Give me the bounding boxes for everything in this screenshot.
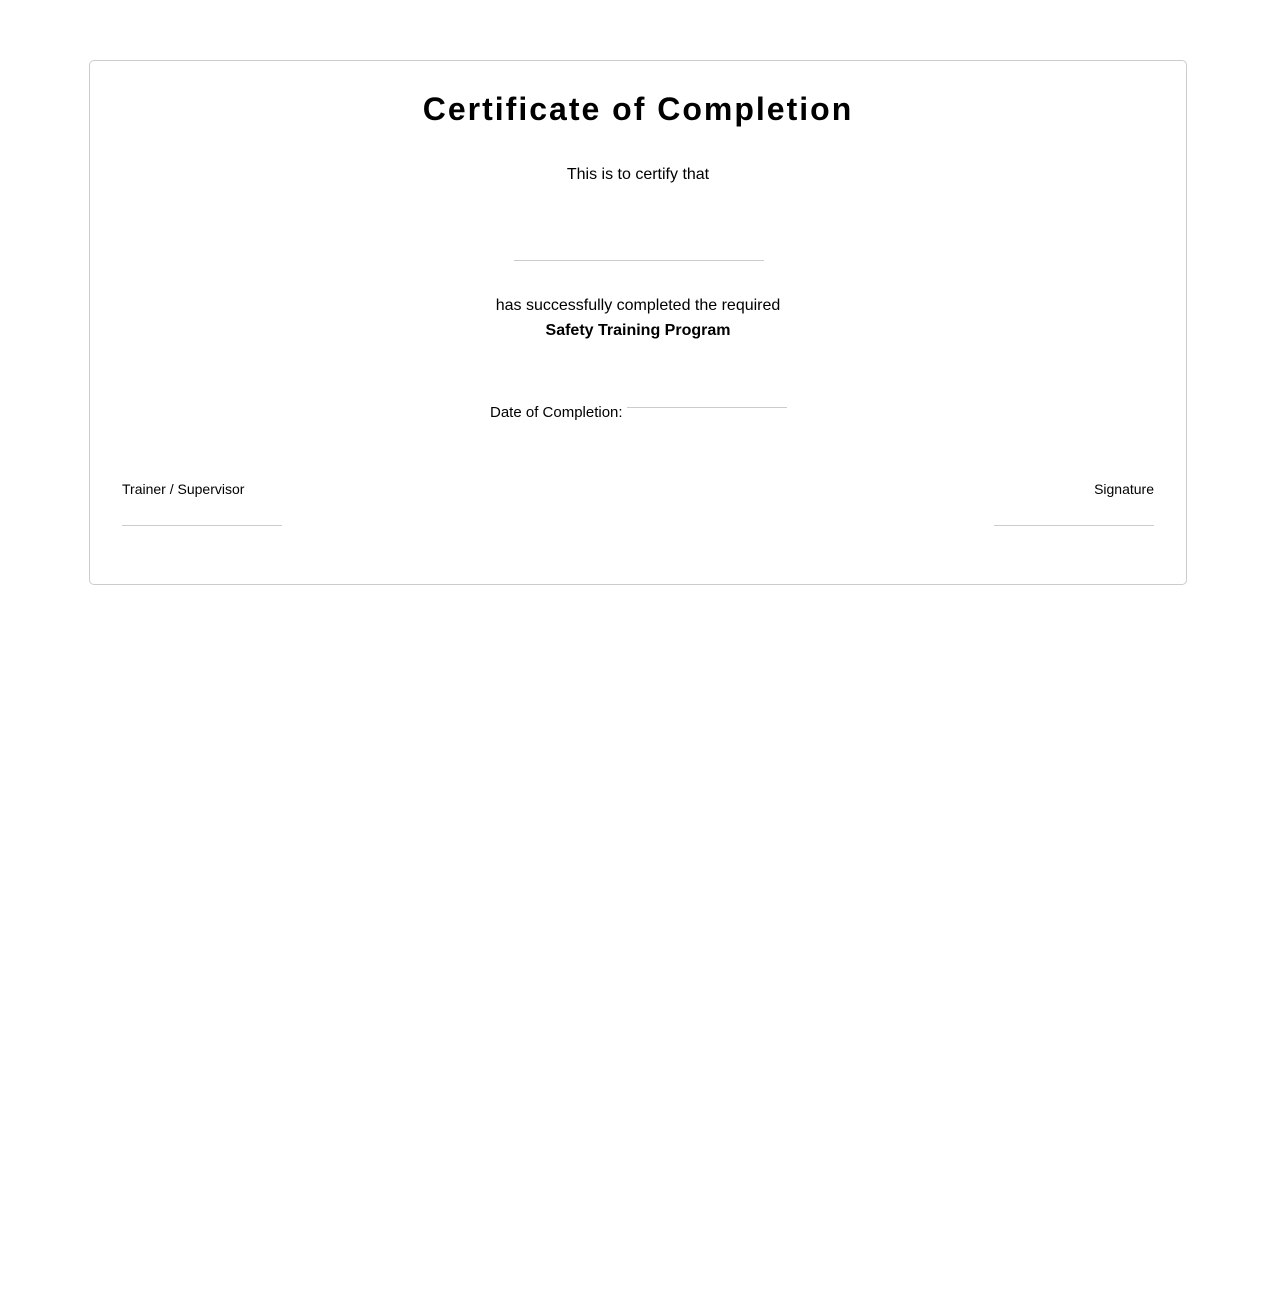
- trainer-signature-block: Trainer / Supervisor: [122, 481, 282, 526]
- date-label: Date of Completion:: [490, 404, 623, 421]
- program-name: Safety Training Program: [90, 322, 1186, 340]
- signature-line: [994, 525, 1154, 526]
- completed-text: has successfully completed the required: [90, 297, 1186, 315]
- date-of-completion-row: Date of Completion:: [490, 404, 787, 421]
- certificate-title: Certificate of Completion: [90, 91, 1186, 128]
- certificate-card: Certificate of Completion This is to cer…: [89, 60, 1187, 585]
- trainer-signature-line: [122, 525, 282, 526]
- signature-label: Signature: [994, 481, 1154, 497]
- trainer-label: Trainer / Supervisor: [122, 481, 282, 497]
- date-line: [627, 407, 787, 408]
- signature-block: Signature: [994, 481, 1154, 526]
- certify-text: This is to certify that: [90, 166, 1186, 184]
- recipient-name-line: [514, 260, 764, 261]
